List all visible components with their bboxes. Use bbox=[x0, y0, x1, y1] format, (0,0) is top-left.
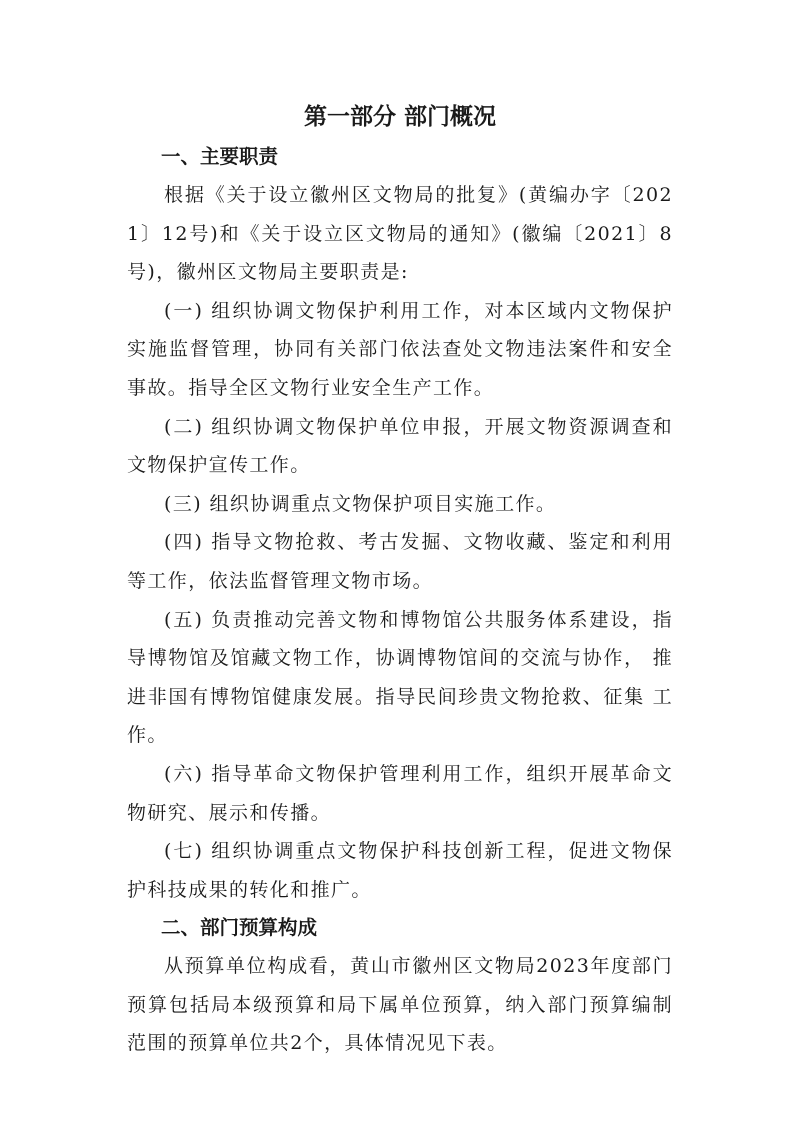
paragraph-duty-5: (五) 负责推动完善文物和博物馆公共服务体系建设，指导博物馆及馆藏文物工作，协调… bbox=[127, 601, 673, 755]
page-title: 第一部分 部门概况 bbox=[127, 100, 673, 138]
section-heading-budget: 二、部门预算构成 bbox=[127, 909, 673, 947]
section-heading-duties: 一、主要职责 bbox=[127, 138, 673, 176]
paragraph-duty-7: (七) 组织协调重点文物保护科技创新工程，促进文物保护科技成果的转化和推广。 bbox=[127, 832, 673, 909]
paragraph-duty-3: (三) 组织协调重点文物保护项目实施工作。 bbox=[127, 485, 673, 524]
document-page: 第一部分 部门概况 一、主要职责 根据《关于设立徽州区文物局的批复》(黄编办字〔… bbox=[127, 100, 673, 1063]
paragraph-duty-6: (六) 指导革命文物保护管理利用工作，组织开展革命文物研究、展示和传播。 bbox=[127, 755, 673, 832]
paragraph-duty-1: (一) 组织协调文物保护利用工作，对本区域内文物保护实施监督管理，协同有关部门依… bbox=[127, 292, 673, 408]
paragraph-budget: 从预算单位构成看，黄山市徽州区文物局2023年度部门预算包括局本级预算和局下属单… bbox=[127, 947, 673, 1063]
paragraph-duty-4: (四) 指导文物抢救、考古发掘、文物收藏、鉴定和利用等工作，依法监督管理文物市场… bbox=[127, 523, 673, 600]
paragraph-duty-2: (二) 组织协调文物保护单位申报，开展文物资源调查和文物保护宣传工作。 bbox=[127, 408, 673, 485]
paragraph-intro: 根据《关于设立徽州区文物局的批复》(黄编办字〔2021〕12号)和《关于设立区文… bbox=[127, 176, 673, 292]
